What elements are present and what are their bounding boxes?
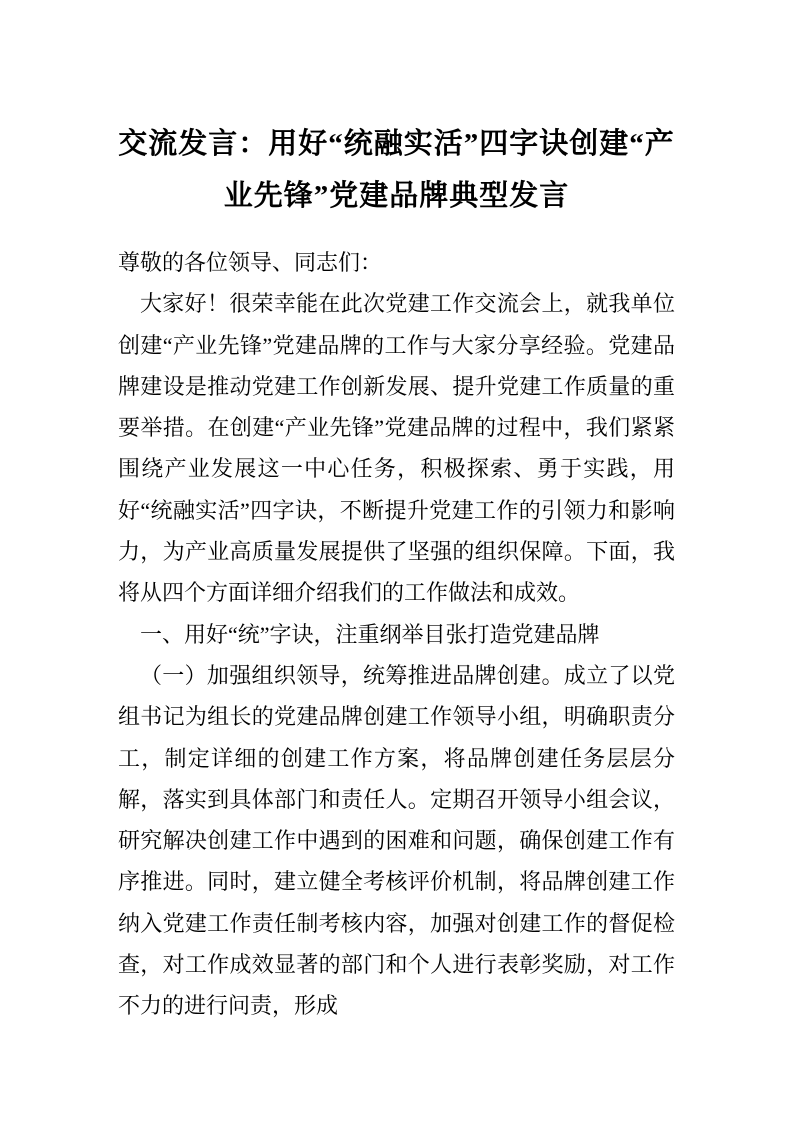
document-title: 交流发言：用好“统融实活”四字诀创建“产业先锋”党建品牌典型发言 — [118, 118, 675, 222]
salutation-paragraph: 尊敬的各位领导、同志们： — [118, 242, 675, 283]
document-content: 交流发言：用好“统融实活”四字诀创建“产业先锋”党建品牌典型发言 尊敬的各位领导… — [0, 0, 793, 1027]
document-title-text: 交流发言：用好“统融实活”四字诀创建“产业先锋”党建品牌典型发言 — [118, 128, 675, 212]
section-1-heading: 一、用好“统”字诀，注重纲举目张打造党建品牌 — [118, 614, 675, 655]
intro-paragraph: 大家好！很荣幸能在此次党建工作交流会上，就我单位创建“产业先锋”党建品牌的工作与… — [118, 283, 675, 613]
section-1-1-paragraph: （一）加强组织领导，统筹推进品牌创建。成立了以党组书记为组长的党建品牌创建工作领… — [118, 655, 675, 1027]
document-page: 交流发言：用好“统融实活”四字诀创建“产业先锋”党建品牌典型发言 尊敬的各位领导… — [0, 0, 793, 1122]
